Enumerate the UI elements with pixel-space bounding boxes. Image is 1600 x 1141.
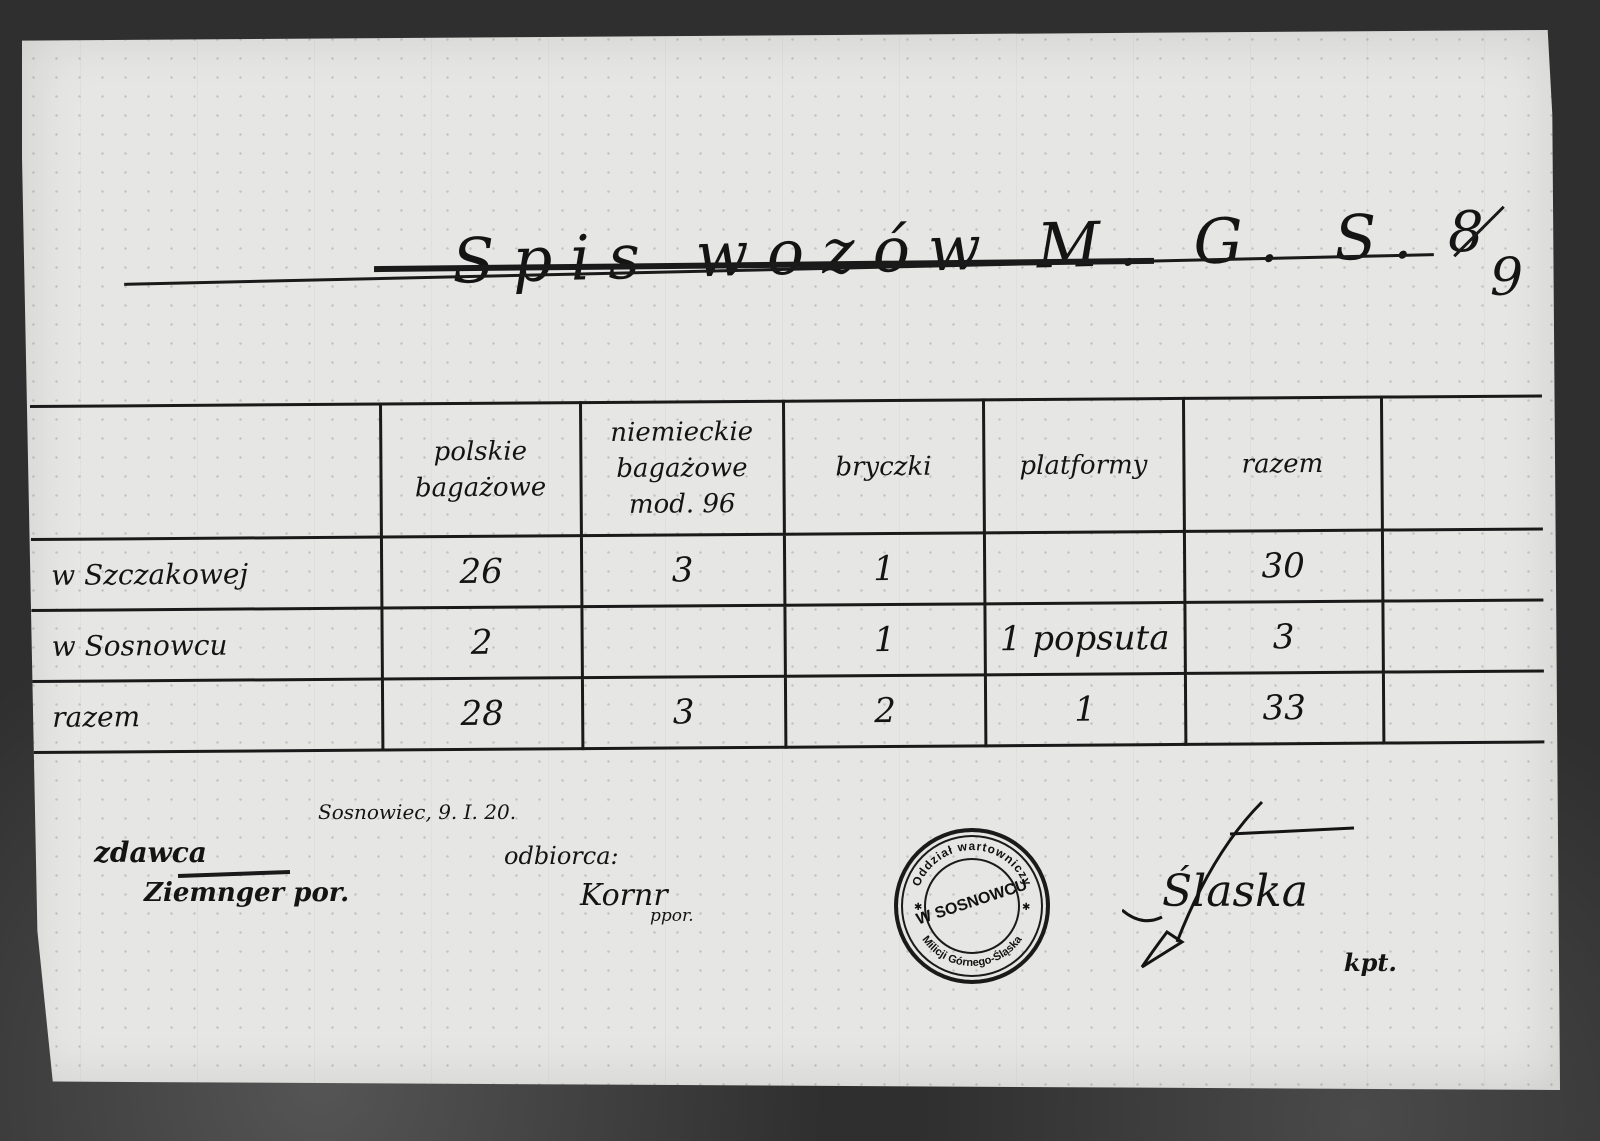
handover-signature: Ziemnger por.	[144, 878, 349, 908]
handover-signature-line	[178, 870, 290, 878]
cell-polskie-bagazowe: 28	[382, 678, 582, 750]
cell-platformy	[984, 531, 1184, 603]
cell-razem: 3	[1184, 601, 1382, 673]
header-cell-platformy: platformy	[983, 398, 1184, 532]
table-header-row: polskie bagażowe niemieckie bagażowe mod…	[30, 396, 1543, 540]
document-page: Spis wozów M. G. S. 8 9 polskie bagażowe…	[22, 30, 1560, 1090]
cell-bryczki: 2	[785, 675, 985, 747]
officer-rank: kpt.	[1344, 948, 1397, 977]
place-date: Sosnowiec, 9. I. 20.	[318, 800, 516, 824]
cell-extra	[1382, 600, 1543, 672]
official-stamp: Oddział wartowniczy Milicji Górnego-Śląs…	[894, 828, 1050, 984]
header-cell-empty	[1381, 396, 1543, 530]
cell-bryczki: 1	[784, 533, 984, 605]
header-cell-polskie-bagazowe: polskie bagażowe	[380, 403, 581, 537]
header-cell-niemieckie-bagazowe: niemieckie bagażowe mod. 96	[580, 401, 784, 535]
cell-polskie-bagazowe: 26	[381, 536, 581, 608]
row-label: razem	[32, 679, 382, 752]
row-label: w Sosnowcu	[31, 608, 381, 681]
cell-niemieckie-bagazowe: 3	[582, 676, 785, 748]
header-cell-label	[30, 404, 381, 539]
table-row: w Szczakowej 26 3 1 30	[31, 529, 1543, 611]
svg-text:✱: ✱	[1022, 902, 1030, 913]
cell-platformy: 1	[985, 673, 1185, 745]
row-label: w Szczakowej	[31, 537, 381, 610]
document-title: Spis wozów M. G. S.	[451, 199, 1431, 298]
wagon-inventory-table: polskie bagażowe niemieckie bagażowe mod…	[30, 394, 1544, 754]
table-row: w Sosnowcu 2 1 1 popsuta 3	[31, 600, 1543, 682]
cell-polskie-bagazowe: 2	[381, 607, 581, 679]
cell-bryczki: 1	[784, 604, 984, 676]
header-cell-bryczki: bryczki	[783, 400, 984, 534]
cell-extra	[1382, 529, 1543, 601]
cell-razem: 33	[1185, 672, 1383, 744]
table-row: razem 28 3 2 1 33	[32, 671, 1544, 753]
cell-niemieckie-bagazowe: 3	[581, 534, 784, 606]
cell-niemieckie-bagazowe	[581, 605, 784, 677]
officer-signature: Ślaska	[1162, 866, 1308, 917]
header-cell-razem: razem	[1183, 397, 1382, 531]
cell-extra	[1383, 671, 1544, 743]
cell-platformy: 1 popsuta	[984, 602, 1184, 674]
receiver-rank: ppor.	[650, 906, 694, 926]
folio-number: 9	[1490, 248, 1523, 308]
receiver-label: odbiorca:	[504, 842, 619, 870]
cell-razem: 30	[1184, 530, 1382, 602]
handover-label: zdawca	[94, 836, 207, 869]
